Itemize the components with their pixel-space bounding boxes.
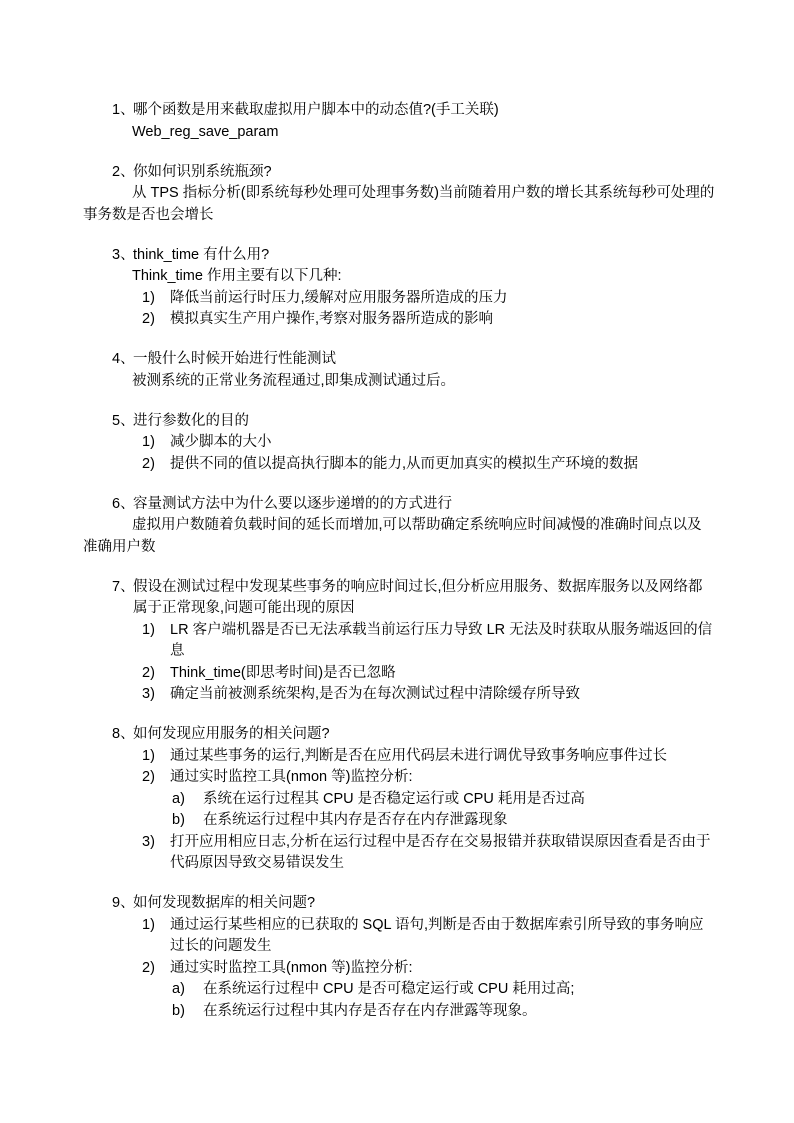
item-text: LR 客户端机器是否已无法承载当前运行压力导致 LR 无法及时获取从服务端返回的… bbox=[170, 622, 712, 660]
answer-paragraph: Web_reg_save_param bbox=[83, 122, 715, 144]
question-title: 如何发现应用服务的相关问题? bbox=[133, 726, 330, 742]
question-title: 假设在测试过程中发现某些事务的响应时间过长,但分析应用服务、数据库服务以及网络都… bbox=[133, 579, 703, 617]
question-title: 哪个函数是用来截取虚拟用户脚本中的动态值?(手工关联) bbox=[133, 102, 499, 118]
qa-block: 3、think_time 有什么用?Think_time 作用主要有以下几种:1… bbox=[83, 245, 715, 331]
item-marker: 1) bbox=[142, 432, 170, 454]
item-text: 在系统运行过程中其内存是否存在内存泄露现象 bbox=[203, 812, 508, 828]
item-text: 减少脚本的大小 bbox=[170, 434, 272, 450]
item-marker: b) bbox=[172, 1001, 203, 1023]
question-number: 9、 bbox=[112, 893, 133, 915]
qa-block: 1、哪个函数是用来截取虚拟用户脚本中的动态值?(手工关联)Web_reg_sav… bbox=[83, 100, 715, 143]
item-text: 通过某些事务的运行,判断是否在应用代码层未进行调优导致事务响应事件过长 bbox=[170, 748, 667, 764]
question-title: 如何发现数据库的相关问题? bbox=[133, 895, 315, 911]
item-text: 打开应用相应日志,分析在运行过程中是否存在交易报错并获取错误原因查看是否由于代码… bbox=[170, 834, 711, 872]
qa-block: 8、如何发现应用服务的相关问题?1)通过某些事务的运行,判断是否在应用代码层未进… bbox=[83, 724, 715, 875]
list-item: 3)打开应用相应日志,分析在运行过程中是否存在交易报错并获取错误原因查看是否由于… bbox=[83, 832, 715, 875]
item-text: 通过实时监控工具(nmon 等)监控分析: bbox=[170, 960, 413, 976]
item-text: 提供不同的值以提高执行脚本的能力,从而更加真实的模拟生产环境的数据 bbox=[170, 456, 638, 472]
qa-block: 6、容量测试方法中为什么要以逐步递增的的方式进行虚拟用户数随着负载时间的延长而增… bbox=[83, 494, 715, 559]
item-marker: 2) bbox=[142, 454, 170, 476]
item-text: 在系统运行过程中 CPU 是否可稳定运行或 CPU 耗用过高; bbox=[203, 981, 574, 997]
document-page: 1、哪个函数是用来截取虚拟用户脚本中的动态值?(手工关联)Web_reg_sav… bbox=[0, 0, 794, 1123]
question-number: 8、 bbox=[112, 724, 133, 746]
question-heading: 8、如何发现应用服务的相关问题? bbox=[83, 724, 715, 746]
question-number: 5、 bbox=[112, 411, 133, 433]
question-title: 进行参数化的目的 bbox=[133, 413, 249, 429]
question-heading: 6、容量测试方法中为什么要以逐步递增的的方式进行 bbox=[83, 494, 715, 516]
question-number: 2、 bbox=[112, 162, 133, 184]
question-title: think_time 有什么用? bbox=[133, 247, 269, 263]
question-heading: 4、一般什么时候开始进行性能测试 bbox=[83, 349, 715, 371]
question-title: 一般什么时候开始进行性能测试 bbox=[133, 351, 336, 367]
item-marker: 3) bbox=[142, 684, 170, 706]
question-number: 7、 bbox=[112, 577, 133, 599]
item-text: 系统在运行过程其 CPU 是否稳定运行或 CPU 耗用是否过高 bbox=[203, 791, 585, 807]
list-item: 2)提供不同的值以提高执行脚本的能力,从而更加真实的模拟生产环境的数据 bbox=[83, 454, 715, 476]
list-item: 1)降低当前运行时压力,缓解对应用服务器所造成的压力 bbox=[83, 288, 715, 310]
item-marker: 2) bbox=[142, 663, 170, 685]
item-marker: 1) bbox=[142, 915, 170, 937]
question-number: 1、 bbox=[112, 100, 133, 122]
question-heading: 5、进行参数化的目的 bbox=[83, 411, 715, 433]
list-item: 2)通过实时监控工具(nmon 等)监控分析: bbox=[83, 958, 715, 980]
item-text: 降低当前运行时压力,缓解对应用服务器所造成的压力 bbox=[170, 290, 508, 306]
list-item: 2)Think_time(即思考时间)是否已忽略 bbox=[83, 663, 715, 685]
question-title: 容量测试方法中为什么要以逐步递增的的方式进行 bbox=[133, 496, 452, 512]
item-marker: b) bbox=[172, 810, 203, 832]
item-marker: 1) bbox=[142, 746, 170, 768]
list-item: 3)确定当前被测系统架构,是否为在每次测试过程中清除缓存所导致 bbox=[83, 684, 715, 706]
question-heading: 9、如何发现数据库的相关问题? bbox=[83, 893, 715, 915]
item-marker: 1) bbox=[142, 288, 170, 310]
list-item: 2)模拟真实生产用户操作,考察对服务器所造成的影响 bbox=[83, 309, 715, 331]
item-marker: 2) bbox=[142, 958, 170, 980]
sub-list-item: b)在系统运行过程中其内存是否存在内存泄露现象 bbox=[83, 810, 715, 832]
sub-list-item: b)在系统运行过程中其内存是否存在内存泄露等现象。 bbox=[83, 1001, 715, 1023]
list-item: 1)通过运行某些相应的已获取的 SQL 语句,判断是否由于数据库索引所导致的事务… bbox=[83, 915, 715, 958]
question-heading: 1、哪个函数是用来截取虚拟用户脚本中的动态值?(手工关联) bbox=[83, 100, 715, 122]
sub-list-item: a)在系统运行过程中 CPU 是否可稳定运行或 CPU 耗用过高; bbox=[83, 979, 715, 1001]
item-text: 模拟真实生产用户操作,考察对服务器所造成的影响 bbox=[170, 311, 493, 327]
item-text: 在系统运行过程中其内存是否存在内存泄露等现象。 bbox=[203, 1003, 537, 1019]
qa-list: 1、哪个函数是用来截取虚拟用户脚本中的动态值?(手工关联)Web_reg_sav… bbox=[83, 100, 715, 1022]
qa-block: 5、进行参数化的目的1)减少脚本的大小2)提供不同的值以提高执行脚本的能力,从而… bbox=[83, 411, 715, 476]
item-text: Think_time(即思考时间)是否已忽略 bbox=[170, 665, 396, 681]
answer-paragraph: Think_time 作用主要有以下几种: bbox=[83, 266, 715, 288]
question-number: 3、 bbox=[112, 245, 133, 267]
item-marker: 2) bbox=[142, 767, 170, 789]
question-heading: 3、think_time 有什么用? bbox=[83, 245, 715, 267]
item-text: 通过运行某些相应的已获取的 SQL 语句,判断是否由于数据库索引所导致的事务响应… bbox=[170, 917, 704, 955]
list-item: 2)通过实时监控工具(nmon 等)监控分析: bbox=[83, 767, 715, 789]
item-marker: a) bbox=[172, 789, 203, 811]
item-text: 通过实时监控工具(nmon 等)监控分析: bbox=[170, 769, 413, 785]
qa-block: 9、如何发现数据库的相关问题?1)通过运行某些相应的已获取的 SQL 语句,判断… bbox=[83, 893, 715, 1022]
question-number: 4、 bbox=[112, 349, 133, 371]
item-marker: 2) bbox=[142, 309, 170, 331]
list-item: 1)LR 客户端机器是否已无法承载当前运行压力导致 LR 无法及时获取从服务端返… bbox=[83, 620, 715, 663]
question-number: 6、 bbox=[112, 494, 133, 516]
list-item: 1)通过某些事务的运行,判断是否在应用代码层未进行调优导致事务响应事件过长 bbox=[83, 746, 715, 768]
item-text: 确定当前被测系统架构,是否为在每次测试过程中清除缓存所导致 bbox=[170, 686, 580, 702]
list-item: 1)减少脚本的大小 bbox=[83, 432, 715, 454]
answer-paragraph: 虚拟用户数随着负载时间的延长而增加,可以帮助确定系统响应时间减慢的准确时间点以及… bbox=[83, 515, 715, 558]
item-marker: 3) bbox=[142, 832, 170, 854]
qa-block: 7、假设在测试过程中发现某些事务的响应时间过长,但分析应用服务、数据库服务以及网… bbox=[83, 577, 715, 706]
question-heading: 7、假设在测试过程中发现某些事务的响应时间过长,但分析应用服务、数据库服务以及网… bbox=[83, 577, 715, 620]
question-heading: 2、你如何识别系统瓶颈? bbox=[83, 162, 715, 184]
question-title: 你如何识别系统瓶颈? bbox=[133, 164, 272, 180]
answer-paragraph: 被测系统的正常业务流程通过,即集成测试通过后。 bbox=[83, 371, 715, 393]
qa-block: 2、你如何识别系统瓶颈?从 TPS 指标分析(即系统每秒处理可处理事务数)当前随… bbox=[83, 162, 715, 227]
qa-block: 4、一般什么时候开始进行性能测试被测系统的正常业务流程通过,即集成测试通过后。 bbox=[83, 349, 715, 392]
sub-list-item: a)系统在运行过程其 CPU 是否稳定运行或 CPU 耗用是否过高 bbox=[83, 789, 715, 811]
item-marker: 1) bbox=[142, 620, 170, 642]
answer-paragraph: 从 TPS 指标分析(即系统每秒处理可处理事务数)当前随着用户数的增长其系统每秒… bbox=[83, 183, 715, 226]
item-marker: a) bbox=[172, 979, 203, 1001]
